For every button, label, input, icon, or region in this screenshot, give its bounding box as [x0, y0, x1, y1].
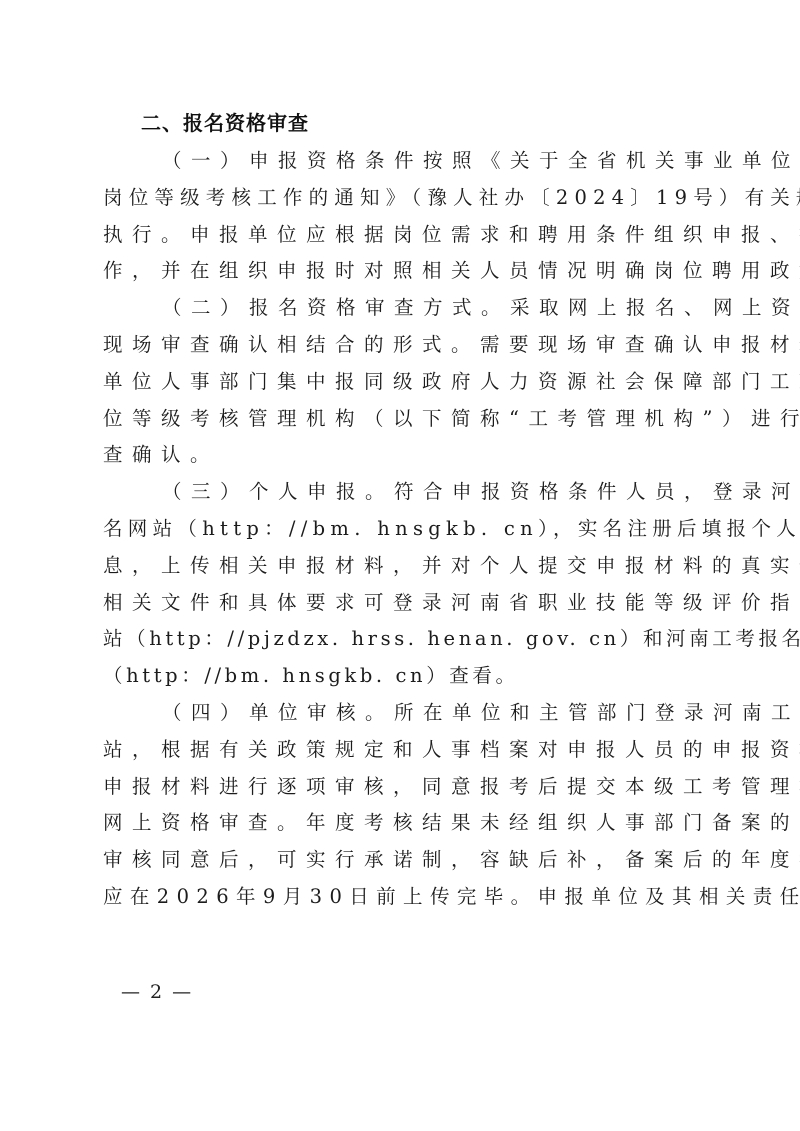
paragraph-line: 单位人事部门集中报同级政府人力资源社会保障部门工勤技能岗	[103, 364, 697, 401]
paragraph-line: 应在2026年9月30日前上传完毕。申报单位及其相关责任人应	[103, 879, 697, 916]
paragraph-line: （四）单位审核。所在单位和主管部门登录河南工考报名网	[103, 695, 697, 732]
paragraph-line-with-link: 站（http：//pjzdzx. hrss. henan. gov. cn）和河…	[103, 621, 697, 658]
paragraph-line: （一）申报资格条件按照《关于全省机关事业单位工勤技能	[103, 143, 697, 180]
paragraph-line: （二）报名资格审查方式。采取网上报名、网上资格审查、	[103, 290, 697, 327]
paragraph-personal-application: （三）个人申报。符合申报资格条件人员，登录河南工考报 名网站（http：//bm…	[103, 474, 697, 695]
document-body: 二、报名资格审查 （一）申报资格条件按照《关于全省机关事业单位工勤技能 岗位等级…	[103, 104, 697, 916]
paragraph-line: 网上资格审查。年度考核结果未经组织人事部门备案的，经单位	[103, 805, 697, 842]
paragraph-line: 执行。申报单位应根据岗位需求和聘用条件组织申报、推荐工	[103, 217, 697, 254]
paragraph-line-with-link: 名网站（http：//bm. hnsgkb. cn），实名注册后填报个人申报信	[103, 511, 697, 548]
document-page: 二、报名资格审查 （一）申报资格条件按照《关于全省机关事业单位工勤技能 岗位等级…	[0, 0, 800, 1131]
paragraph-line: 查确认。	[103, 437, 697, 474]
paragraph-line: 息，上传相关申报材料，并对个人提交申报材料的真实性负责。	[103, 548, 697, 585]
paragraph-line-with-link: （http：//bm. hnsgkb. cn）查看。	[103, 658, 697, 695]
page-number: — 2 —	[121, 978, 193, 1006]
paragraph-review-method: （二）报名资格审查方式。采取网上报名、网上资格审查、 现场审查确认相结合的形式。…	[103, 290, 697, 474]
section-heading: 二、报名资格审查	[103, 104, 697, 143]
paragraph-line: 现场审查确认相结合的形式。需要现场审查确认申报材料的，由	[103, 327, 697, 364]
paragraph-unit-review: （四）单位审核。所在单位和主管部门登录河南工考报名网 站，根据有关政策规定和人事…	[103, 695, 697, 916]
paragraph-line: 申报材料进行逐项审核，同意报考后提交本级工考管理机构进行	[103, 769, 697, 806]
paragraph-line: 作，并在组织申报时对照相关人员情况明确岗位聘用政策。	[103, 253, 697, 290]
paragraph-line: 审核同意后，可实行承诺制，容缺后补，备案后的年度考核结果	[103, 842, 697, 879]
paragraph-line: （三）个人申报。符合申报资格条件人员，登录河南工考报	[103, 474, 697, 511]
paragraph-line: 站，根据有关政策规定和人事档案对申报人员的申报资格条件、	[103, 732, 697, 769]
paragraph-line: 相关文件和具体要求可登录河南省职业技能等级评价指导中心网	[103, 585, 697, 622]
paragraph-line: 岗位等级考核工作的通知》（豫人社办〔2024〕19号）有关规定	[103, 180, 697, 217]
paragraph-eligibility-conditions: （一）申报资格条件按照《关于全省机关事业单位工勤技能 岗位等级考核工作的通知》（…	[103, 143, 697, 290]
paragraph-line: 位等级考核管理机构（以下简称“工考管理机构”）进行现场审	[103, 401, 697, 438]
